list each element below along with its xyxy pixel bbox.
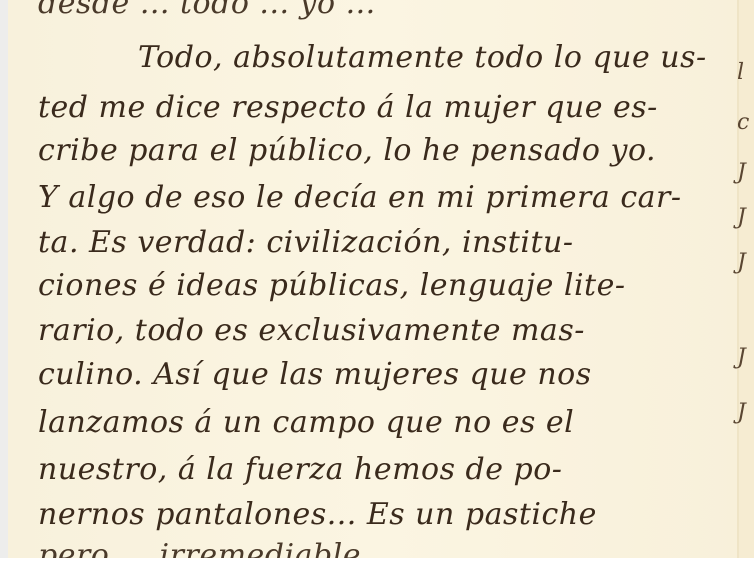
adjacent-page-mark: J [737,160,746,185]
letter-page: desde ... todo ... yo ... Todo, absoluta… [8,0,754,558]
adjacent-page-mark: J [737,205,746,230]
text-line-partial-top: desde ... todo ... yo ... [38,0,376,21]
text-line-5: ta. Es verdad: civilización, institu- [38,225,573,260]
text-line-7: rario, todo es exclusivamente mas- [38,313,585,348]
text-line-11: nernos pantalones... Es un pastiche [38,497,597,532]
text-line-3: cribe para el público, lo he pensado yo. [38,133,656,168]
text-line-6: ciones é ideas públicas, lenguaje lite- [38,268,626,303]
text-line-partial-bottom: pero ... irremediable [38,538,361,558]
adjacent-page-mark: c [737,110,749,135]
text-line-4: Y algo de eso le decía en mi primera car… [38,180,681,215]
text-line-8: culino. Así que las mujeres que nos [38,357,592,392]
adjacent-page-mark: J [737,250,746,275]
text-line-9: lanzamos á un campo que no es el [38,405,574,440]
adjacent-page-mark: J [737,345,746,370]
text-line-2: ted me dice respecto á la mujer que es- [38,90,658,125]
text-line-10: nuestro, á la fuerza hemos de po- [38,452,562,487]
adjacent-page-mark: l [737,60,744,85]
text-line-1: Todo, absolutamente todo lo que us- [138,40,707,75]
scan-bottom-margin [0,558,754,573]
adjacent-page-mark: J [737,400,746,425]
scan-left-margin [0,0,8,558]
